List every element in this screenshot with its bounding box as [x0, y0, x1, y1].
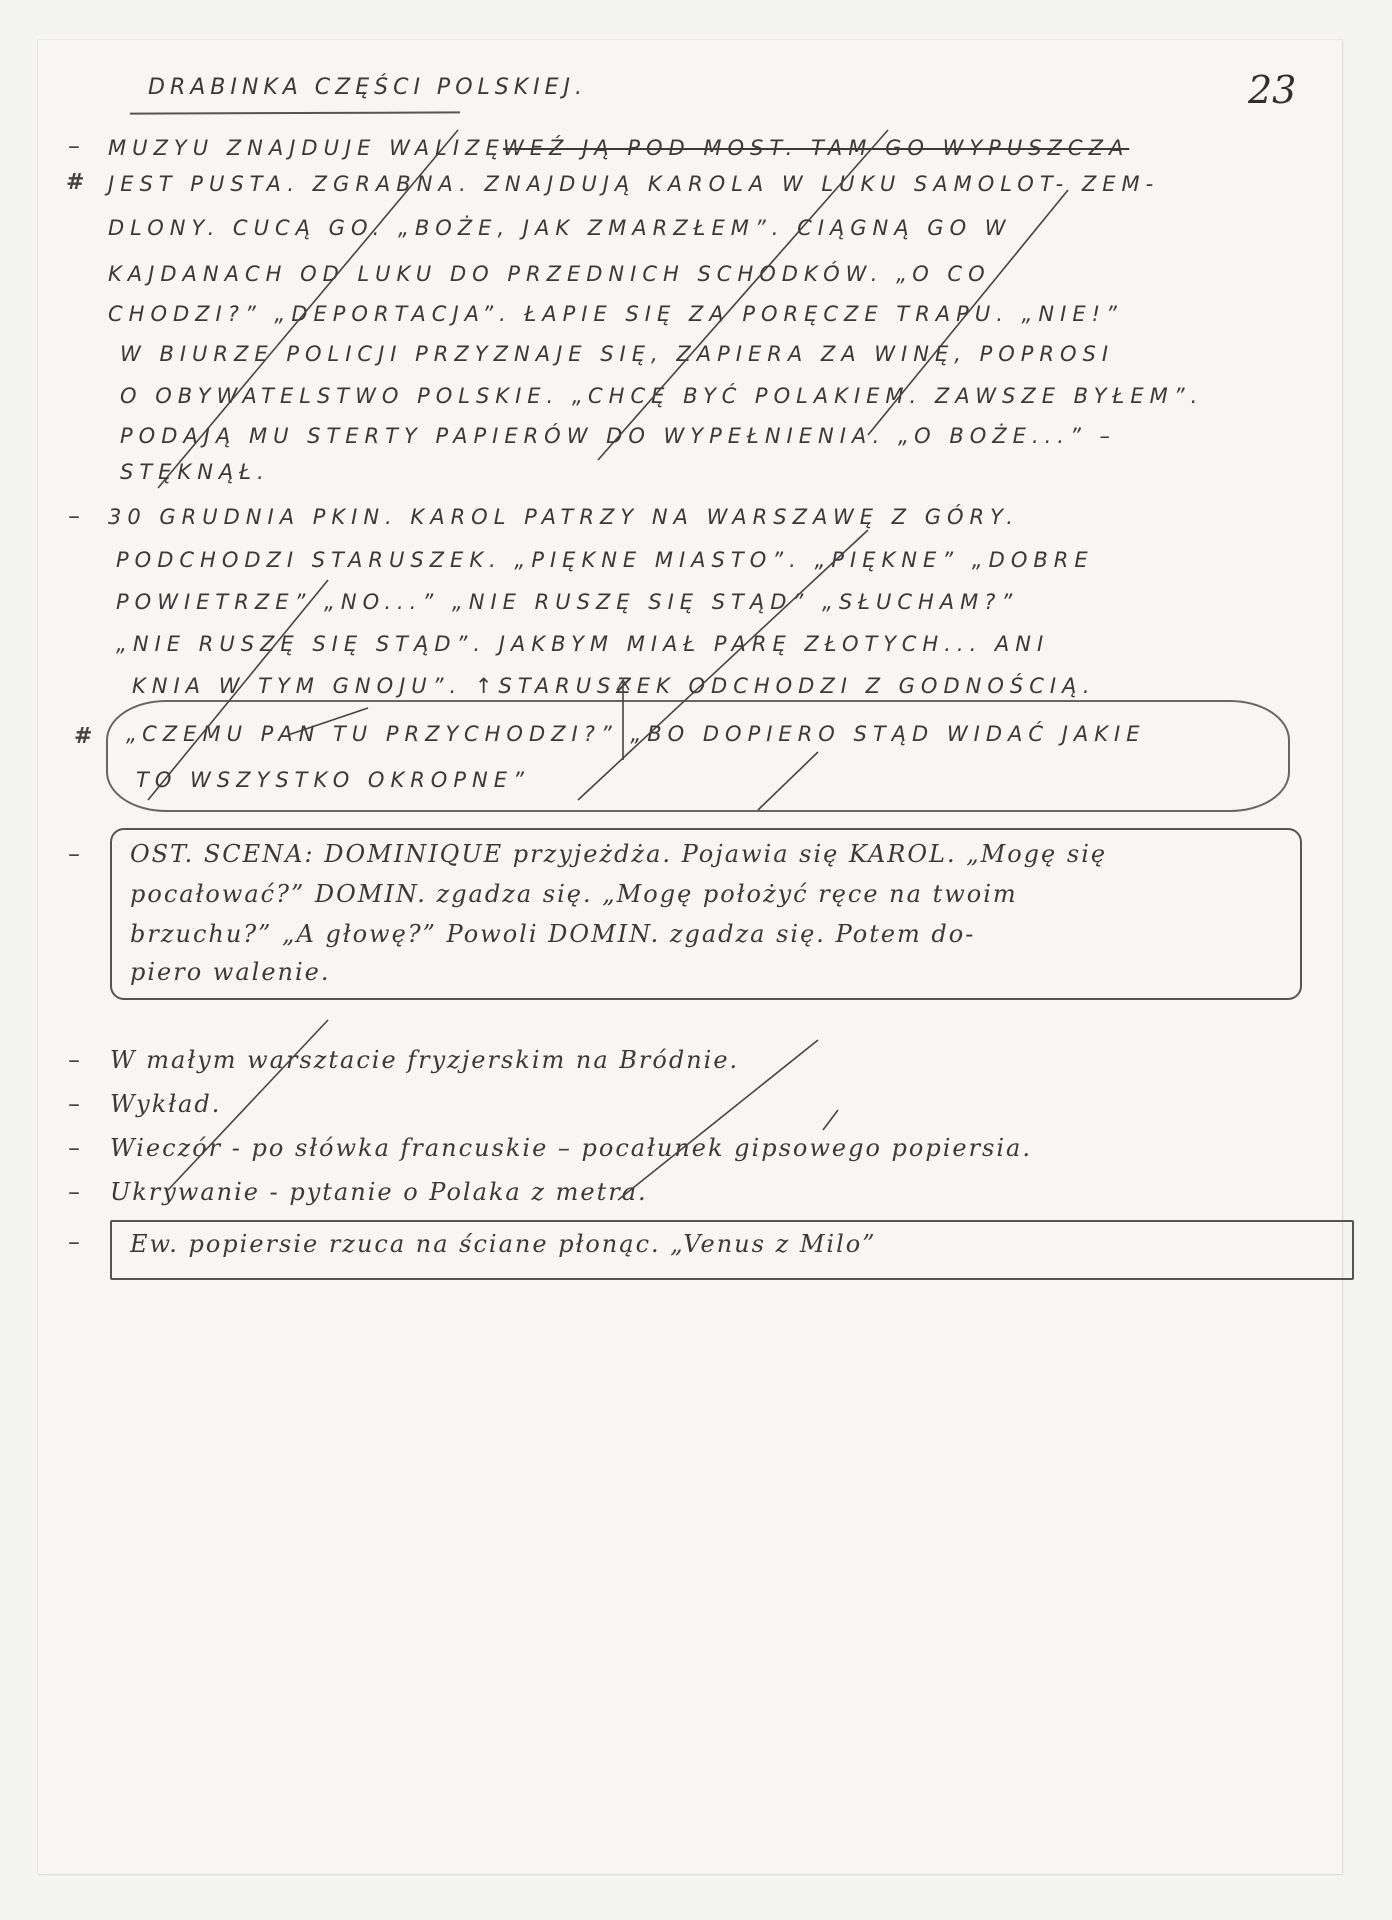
- text-line: „NIE RUSZĘ SIĘ STĄD”. JAKBYM MIAŁ PARĘ Z…: [116, 632, 1049, 656]
- text-line: CHODZI?” „DEPORTACJA”. ŁAPIE SIĘ ZA PORĘ…: [108, 302, 1123, 326]
- struck-text: WEŹ JĄ POD MOST. TAM GO WYPUSZCZA: [503, 136, 1129, 160]
- bullet-dash: –: [68, 132, 80, 160]
- bullet-dash: –: [68, 1134, 80, 1162]
- text-line: POWIETRZE” „NO...” „NIE RUSZĘ SIĘ STĄD” …: [116, 590, 1018, 614]
- text-line: STĘKNĄŁ.: [120, 460, 270, 484]
- text-line: W BIURZE POLICJI PRZYZNAJE SIĘ, ZAPIERA …: [120, 342, 1114, 366]
- text-line: pocałować?” DOMIN. zgadza się. „Mogę poł…: [130, 880, 1018, 908]
- text-line: PODAJĄ MU STERTY PAPIERÓW DO WYPEŁNIENIA…: [120, 424, 1116, 448]
- list-item: Wykład.: [110, 1090, 221, 1118]
- asterisk-mark: #: [66, 170, 84, 195]
- list-item: Wieczór - po słówka francuskie – pocałun…: [110, 1134, 1032, 1162]
- page-title: DRABINKA CZĘŚCI POLSKIEJ.: [148, 75, 587, 100]
- bullet-dash: –: [68, 1090, 80, 1118]
- text-line: KNIA W TYM GNOJU”. ↑STARUSZEK ODCHODZI Z…: [132, 674, 1096, 698]
- text-line: piero walenie.: [130, 958, 331, 986]
- bullet-dash: –: [68, 1046, 80, 1074]
- text-line: TO WSZYSTKO OKROPNE”: [136, 768, 530, 792]
- bullet-dash: –: [68, 1178, 80, 1206]
- text-line: MUZYU ZNAJDUJE WALIZĘ.: [108, 136, 517, 160]
- bullet-dash: –: [68, 502, 80, 530]
- list-item: W małym warsztacie fryzjerskim na Bródni…: [110, 1046, 739, 1074]
- asterisk-mark: #: [74, 724, 92, 749]
- text-line: 30 grudnia PKiN. KAROL PATRZY NA WARSZAW…: [108, 505, 1019, 529]
- page-number: 23: [1248, 68, 1296, 112]
- title-underline: [130, 111, 460, 114]
- text-line: KAJDANACH OD LUKU DO PRZEDNICH SCHODKÓW.…: [108, 262, 991, 286]
- text-line: „CZEMU PAN TU PRZYCHODZI?” „BO DOPIERO S…: [126, 722, 1146, 746]
- list-item: Ew. popiersie rzuca na ściane płonąc. „V…: [130, 1230, 877, 1258]
- text-line: O OBYWATELSTWO POLSKIE. „CHCĘ BYĆ POLAKI…: [120, 384, 1203, 408]
- text-line: DLONY. CUCĄ GO. „BOŻE, JAK ZMARZŁEM”. CI…: [108, 216, 1012, 240]
- text-line: brzuchu?” „A głowę?” Powoli DOMIN. zgadz…: [130, 920, 975, 948]
- list-item: Ukrywanie - pytanie o Polaka z metra.: [110, 1178, 648, 1206]
- bullet-dash: –: [68, 1228, 80, 1256]
- text-line: OST. SCENA: DOMINIQUE przyjeżdża. Pojawi…: [130, 840, 1107, 868]
- circled-dialogue: [106, 700, 1290, 812]
- text-line: PODCHODZI STARUSZEK. „PIĘKNE MIASTO”. „P…: [116, 548, 1094, 572]
- bullet-dash: –: [68, 840, 80, 868]
- text-line: JEST PUSTA. ZGRABNA. ZNAJDUJĄ KAROLA W L…: [108, 172, 1159, 196]
- manuscript-page: DRABINKA CZĘŚCI POLSKIEJ. 23 – MUZYU ZNA…: [38, 40, 1342, 1874]
